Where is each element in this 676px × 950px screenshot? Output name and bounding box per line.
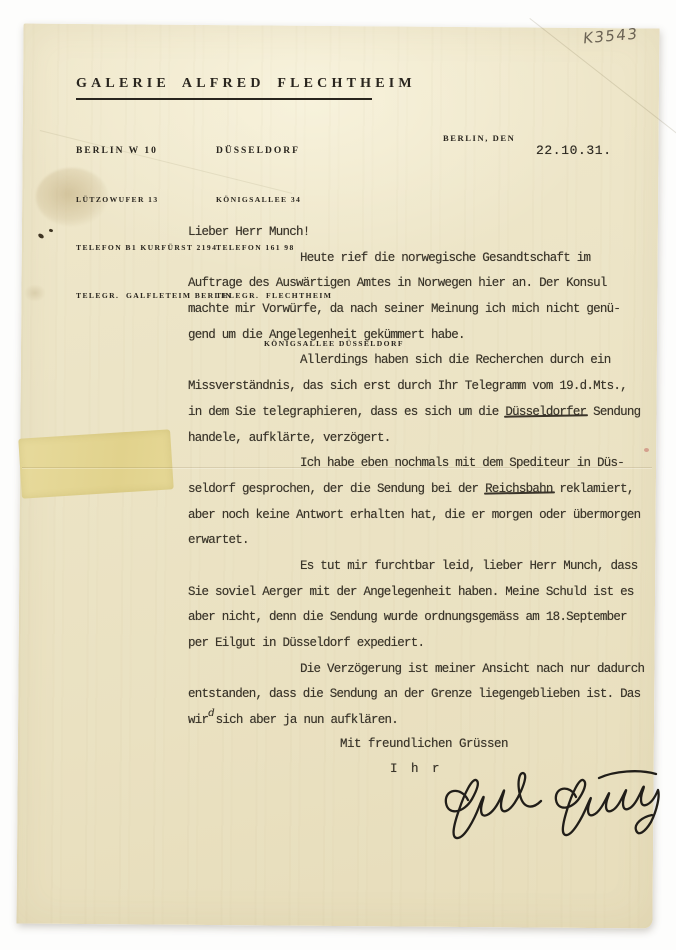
handwritten-insertion: d: [208, 708, 214, 719]
letter-line: aber noch keine Antwort erhalten hat, di…: [188, 503, 662, 529]
line-text: Die Verzögerung ist meiner Ansicht nach …: [300, 662, 644, 676]
line-text: Ich habe eben nochmals mit dem Spediteur…: [300, 456, 624, 470]
letter-line: Missverständnis, das sich erst durch Ihr…: [188, 374, 662, 400]
letter-line: gend um die Angelegenheit gekümmert habe…: [188, 323, 662, 349]
line-text: Sendung: [586, 405, 640, 419]
letter-line: in dem Sie telegraphieren, dass es sich …: [188, 400, 662, 426]
letter-line: machte mir Vorwürfe, da nach seiner Mein…: [188, 297, 662, 323]
line-text: Sie soviel Aerger mit der Angelegenheit …: [188, 585, 634, 599]
letter-body: Lieber Herr Munch!Heute rief die norwegi…: [188, 220, 662, 734]
letter-line: handele, aufklärte, verzögert.: [188, 426, 662, 452]
letterhead-rule: [76, 98, 372, 100]
dateline-label: BERLIN, DEN: [443, 133, 515, 143]
letter-line: Sie soviel Aerger mit der Angelegenheit …: [188, 580, 662, 606]
line-text: in dem Sie telegraphieren, dass es sich …: [188, 405, 505, 419]
letterhead-gallery-name: GALERIE ALFRED FLECHTHEIM: [76, 76, 416, 92]
duesseldorf-street: KÖNIGSALLEE 34: [216, 194, 404, 206]
berlin-city: BERLIN W 10: [76, 145, 232, 158]
letter-line: Allerdings haben sich die Recherchen dur…: [188, 348, 662, 374]
hand-underlined-word: Reichsbahn: [485, 482, 553, 496]
letter-line: per Eilgut in Düsseldorf expediert.: [188, 631, 662, 657]
line-text: sich aber ja nun aufklären.: [216, 713, 398, 727]
line-text: seldorf gesprochen, der die Sendung bei …: [188, 482, 485, 496]
line-text: machte mir Vorwürfe, da nach seiner Mein…: [188, 302, 620, 316]
letter-line: wirdsich aber ja nun aufklären.: [188, 708, 662, 734]
letter-line: Lieber Herr Munch!: [188, 220, 662, 246]
line-text: aber nicht, denn die Sendung wurde ordnu…: [188, 610, 627, 624]
line-text: Es tut mir furchtbar leid, lieber Herr M…: [300, 559, 638, 573]
letter-line: Es tut mir furchtbar leid, lieber Herr M…: [188, 554, 662, 580]
hand-underlined-word: Düsseldorfer: [505, 405, 586, 419]
line-text: gend um die Angelegenheit gekümmert habe…: [188, 328, 465, 342]
duesseldorf-city: DÜSSELDORF: [216, 145, 404, 158]
berlin-street: LÜTZOWUFER 13: [76, 194, 232, 206]
scanned-letter: K3543 GALERIE ALFRED FLECHTHEIM BERLIN W…: [0, 0, 676, 950]
letter-line: seldorf gesprochen, der die Sendung bei …: [188, 477, 662, 503]
line-text: handele, aufklärte, verzögert.: [188, 431, 391, 445]
line-text: aber noch keine Antwort erhalten hat, di…: [188, 508, 640, 522]
line-text: Missverständnis, das sich erst durch Ihr…: [188, 379, 627, 393]
letter-line: Heute rief die norwegische Gesandtschaft…: [188, 246, 662, 272]
letter-line: Auftrage des Auswärtigen Amtes in Norweg…: [188, 271, 662, 297]
letter-line: entstanden, dass die Sendung an der Gren…: [188, 682, 662, 708]
line-text: Heute rief die norwegische Gesandtschaft…: [300, 251, 590, 265]
line-text: erwartet.: [188, 533, 249, 547]
line-text: wir: [188, 713, 208, 727]
line-text: per Eilgut in Düsseldorf expediert.: [188, 636, 424, 650]
smudge: [24, 284, 46, 302]
tape-residue: [18, 429, 173, 498]
letter-line: erwartet.: [188, 528, 662, 554]
line-text: entstanden, dass die Sendung an der Gren…: [188, 687, 640, 701]
typed-date: 22.10.31.: [536, 143, 612, 158]
line-text: Allerdings haben sich die Recherchen dur…: [300, 353, 611, 367]
line-text: Auftrage des Auswärtigen Amtes in Norweg…: [188, 276, 607, 290]
line-text: reklamiert,: [553, 482, 634, 496]
letter-line: Die Verzögerung ist meiner Ansicht nach …: [188, 657, 662, 683]
line-text: Lieber Herr Munch!: [188, 225, 310, 239]
letter-line: Ich habe eben nochmals mit dem Spediteur…: [188, 451, 662, 477]
signature-curt-valentin: [424, 760, 674, 860]
closing-line: Mit freundlichen Grüssen: [340, 737, 508, 751]
letter-line: aber nicht, denn die Sendung wurde ordnu…: [188, 605, 662, 631]
